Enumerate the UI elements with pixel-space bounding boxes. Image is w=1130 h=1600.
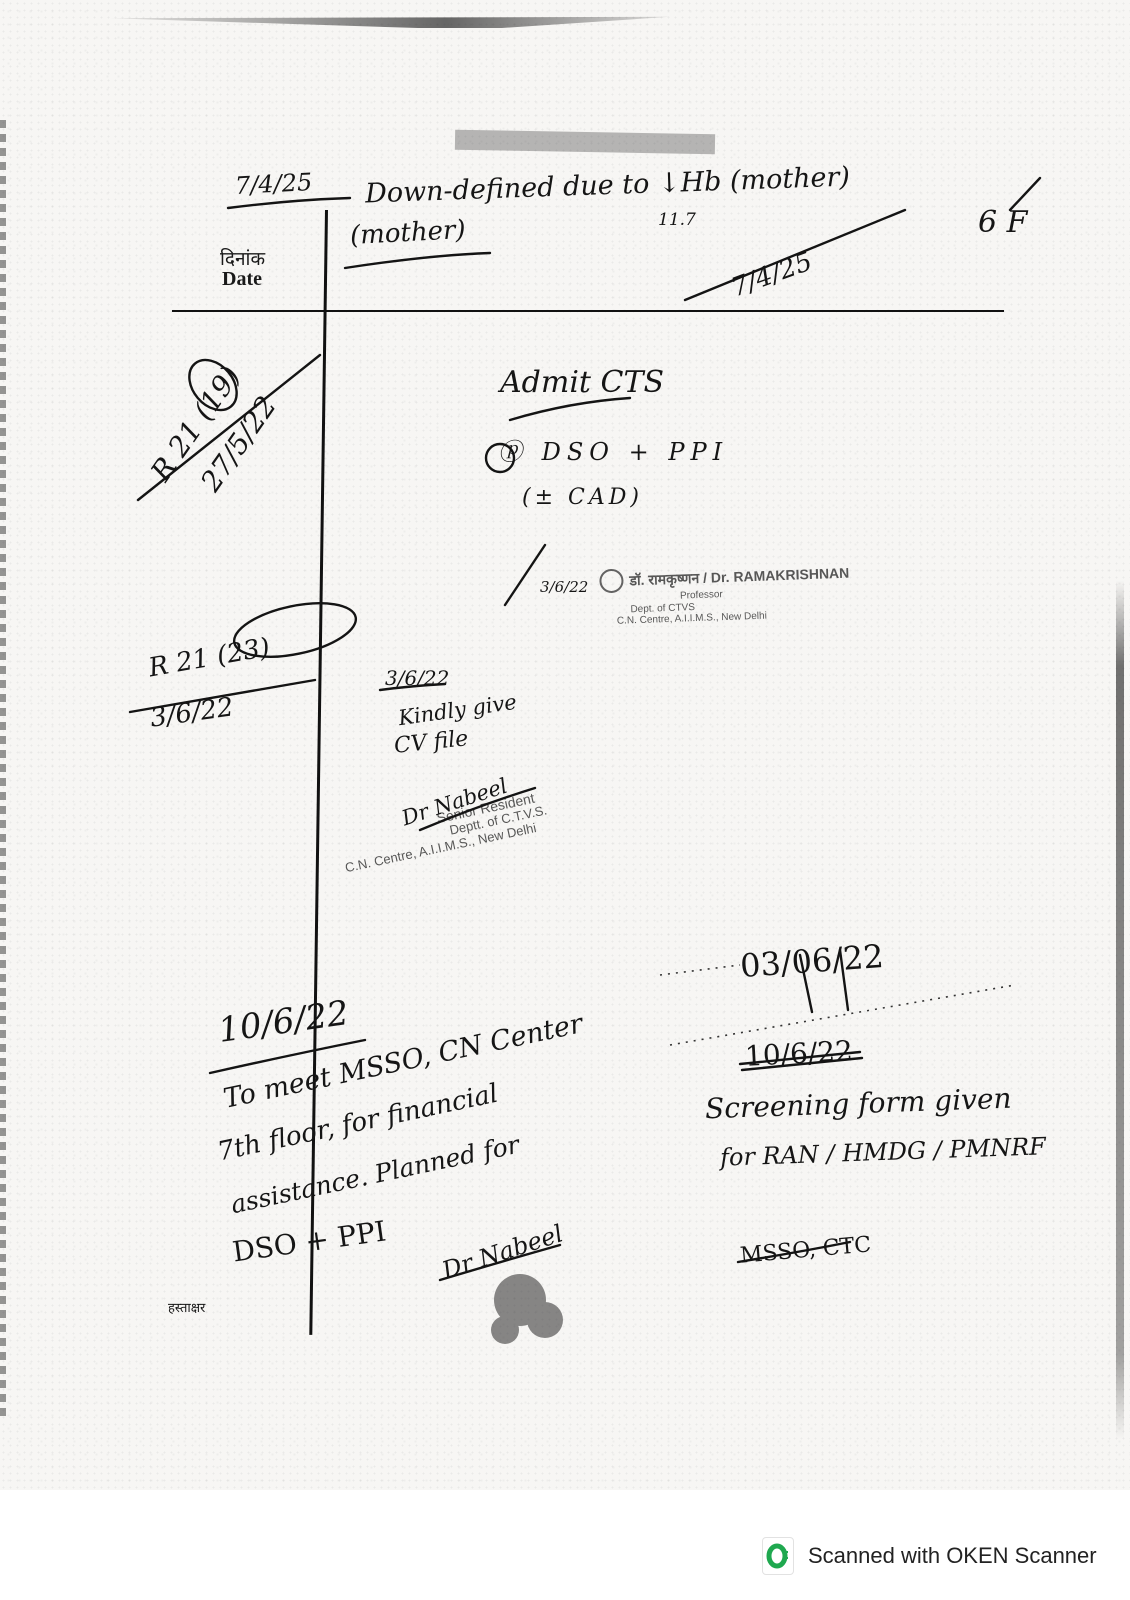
entry1-line-2: ⓟ DSO + PPI <box>498 440 728 464</box>
entry1-line-3: (± CAD) <box>522 487 643 509</box>
entry2-line-3: CV file <box>393 728 469 758</box>
date-label-english: Date <box>222 268 262 291</box>
scanner-label: Scanned with OKEN Scanner <box>808 1543 1097 1569</box>
stamp-line: C.N. Centre, A.I.I.M.S., New Delhi <box>344 818 552 876</box>
entry4-line-2: for RAN / HMDG / PMNRF <box>720 1134 1047 1169</box>
entry3-date: 10/6/22 <box>216 996 351 1048</box>
entry1-signature-date: 3/6/22 <box>540 580 588 595</box>
top-note-line-3: 11.7 <box>658 212 696 229</box>
doctor-stamp-ramakrishnan: डॉ. रामकृष्णन / Dr. RAMAKRISHNAN Profess… <box>599 561 851 628</box>
top-note-line-2: (mother) <box>349 217 466 249</box>
entry3-signature: Dr Nabeel <box>439 1221 565 1282</box>
header-rule <box>172 310 1004 312</box>
entry3-footnote: हस्ताक्षर <box>168 1302 205 1315</box>
scanned-page: दिनांक Date 6 F 7/4/25 Down-defined due … <box>0 0 1130 1490</box>
entry2-date: 3/6/22 <box>149 694 235 731</box>
top-note-line-1: Down-defined due to ↓Hb (mother) <box>365 164 851 208</box>
page-shadow-edge <box>1116 580 1124 1440</box>
top-note-signature-date: 7/4/25 <box>728 248 816 301</box>
entry3-line-4: DSO + PPI <box>231 1217 388 1266</box>
top-note-date: 7/4/25 <box>234 170 312 198</box>
torn-top-edge <box>110 14 670 28</box>
scanner-watermark: Scanned with OKEN Scanner <box>762 1537 1097 1575</box>
oken-scanner-logo-icon <box>762 1537 794 1575</box>
entry4-top-date: 03/06/22 <box>739 940 885 982</box>
entry4-date: 10/6/22 <box>744 1037 853 1071</box>
page-marker: 6 F <box>978 208 1027 238</box>
entry1-line-1: Admit CTS <box>500 368 664 398</box>
binding-edge <box>0 120 6 1420</box>
entry2-line-1: 3/6/22 <box>385 668 449 688</box>
date-column-divider <box>309 210 328 1335</box>
handwriting-strokes <box>0 0 1130 1490</box>
entry2-line-2: Kindly give <box>397 692 518 729</box>
entry4-signature: MSSO, CTC <box>739 1234 872 1267</box>
entry4-line-1: Screening form given <box>705 1085 1012 1124</box>
aiims-emblem-icon <box>599 569 624 594</box>
entry2-ref: R 21 (23) <box>147 635 272 682</box>
